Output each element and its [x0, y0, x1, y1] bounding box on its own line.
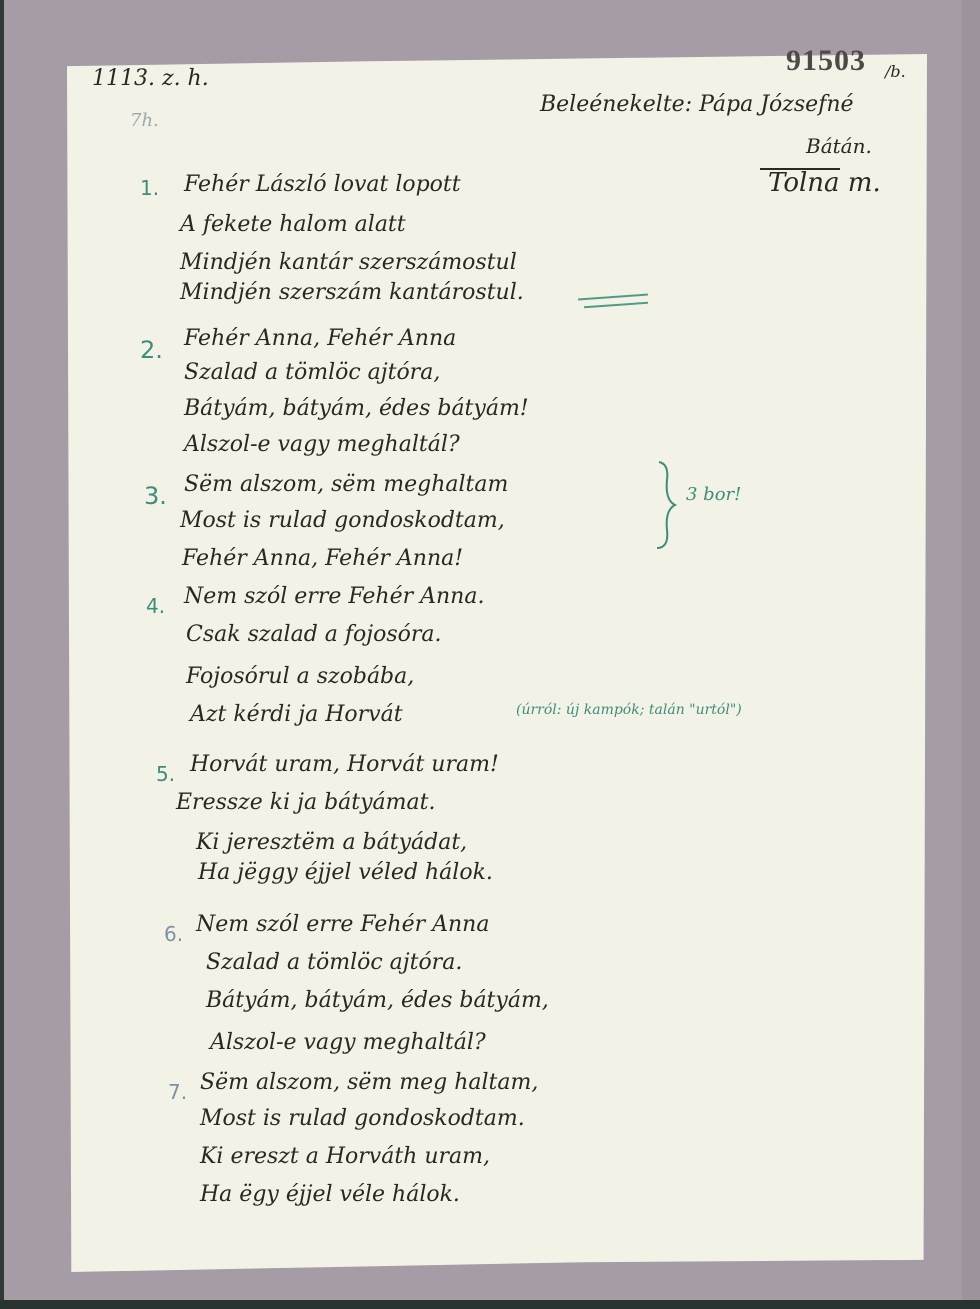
verse-line: Szalad a tömlöc ajtóra. — [206, 950, 462, 975]
verse-line: A fekete halom alatt — [180, 212, 406, 237]
scan-border — [0, 1300, 980, 1309]
verse-line: Ha ëgy éjjel véle hálok. — [200, 1182, 460, 1207]
stanza-number: 4. — [146, 594, 165, 618]
place-name: Bátán. — [806, 134, 872, 158]
repeat-note: 3 bor! — [686, 484, 741, 505]
verse-line: Bátyám, bátyám, édes bátyám! — [184, 396, 529, 421]
informant-label: Beleénekelte: Pápa Józsefné — [540, 92, 854, 117]
verse-line: Bátyám, bátyám, édes bátyám, — [206, 988, 549, 1013]
verse-line: Fehér Anna, Fehér Anna — [184, 326, 456, 351]
margin-note: (úrról: új kampók; talán "urtól") — [516, 702, 742, 718]
verse-line: Szalad a tömlöc ajtóra, — [184, 360, 440, 385]
catalog-number: 91503 — [786, 44, 866, 78]
verse-line: Sëm alszom, sëm meghaltam — [184, 472, 508, 497]
verse-line: Sëm alszom, sëm meg haltam, — [200, 1070, 538, 1095]
stanza-number: 3. — [144, 482, 167, 510]
verse-line: Ha jëggy éjjel véled hálok. — [198, 860, 493, 885]
stanza-number: 1. — [140, 176, 159, 200]
verse-line: Most is rulad gondoskodtam. — [200, 1106, 525, 1131]
county-name: Tolna m. — [768, 168, 881, 198]
verse-line: Nem szól erre Fehér Anna. — [184, 584, 484, 609]
verse-line: Fehér Anna, Fehér Anna! — [182, 546, 463, 571]
pencil-note: 7h. — [130, 110, 159, 131]
verse-line: Fojosórul a szobába, — [186, 664, 414, 689]
verse-line: Horvát uram, Horvát uram! — [190, 752, 499, 777]
board-edge — [962, 0, 980, 1309]
verse-line: Ki jeresztëm a bátyádat, — [196, 830, 467, 855]
stanza-number: 6. — [164, 922, 183, 946]
catalog-suffix: /b. — [885, 62, 906, 81]
archive-reference: 1113. z. h. — [92, 66, 209, 91]
verse-line: Mindjén kantár szerszámostul — [180, 250, 517, 275]
verse-line: Fehér László lovat lopott — [184, 172, 461, 197]
stanza-number: 7. — [168, 1080, 187, 1104]
repeat-brace-icon — [655, 460, 679, 550]
verse-line: Most is rulad gondoskodtam, — [180, 508, 505, 533]
verse-line: Nem szól erre Fehér Anna — [196, 912, 489, 937]
stanza-number: 5. — [156, 762, 175, 786]
verse-line: Ki ereszt a Horváth uram, — [200, 1144, 490, 1169]
stanza-number: 2. — [140, 336, 163, 364]
verse-line: Alszol-e vagy meghaltál? — [184, 432, 460, 457]
verse-line: Csak szalad a fojosóra. — [186, 622, 442, 647]
verse-line: Eressze ki ja bátyámat. — [176, 790, 435, 815]
verse-line: Alszol-e vagy meghaltál? — [210, 1030, 486, 1055]
verse-line: Mindjén szerszám kantárostul. — [180, 280, 524, 305]
verse-line: Azt kérdi ja Horvát — [190, 702, 403, 727]
